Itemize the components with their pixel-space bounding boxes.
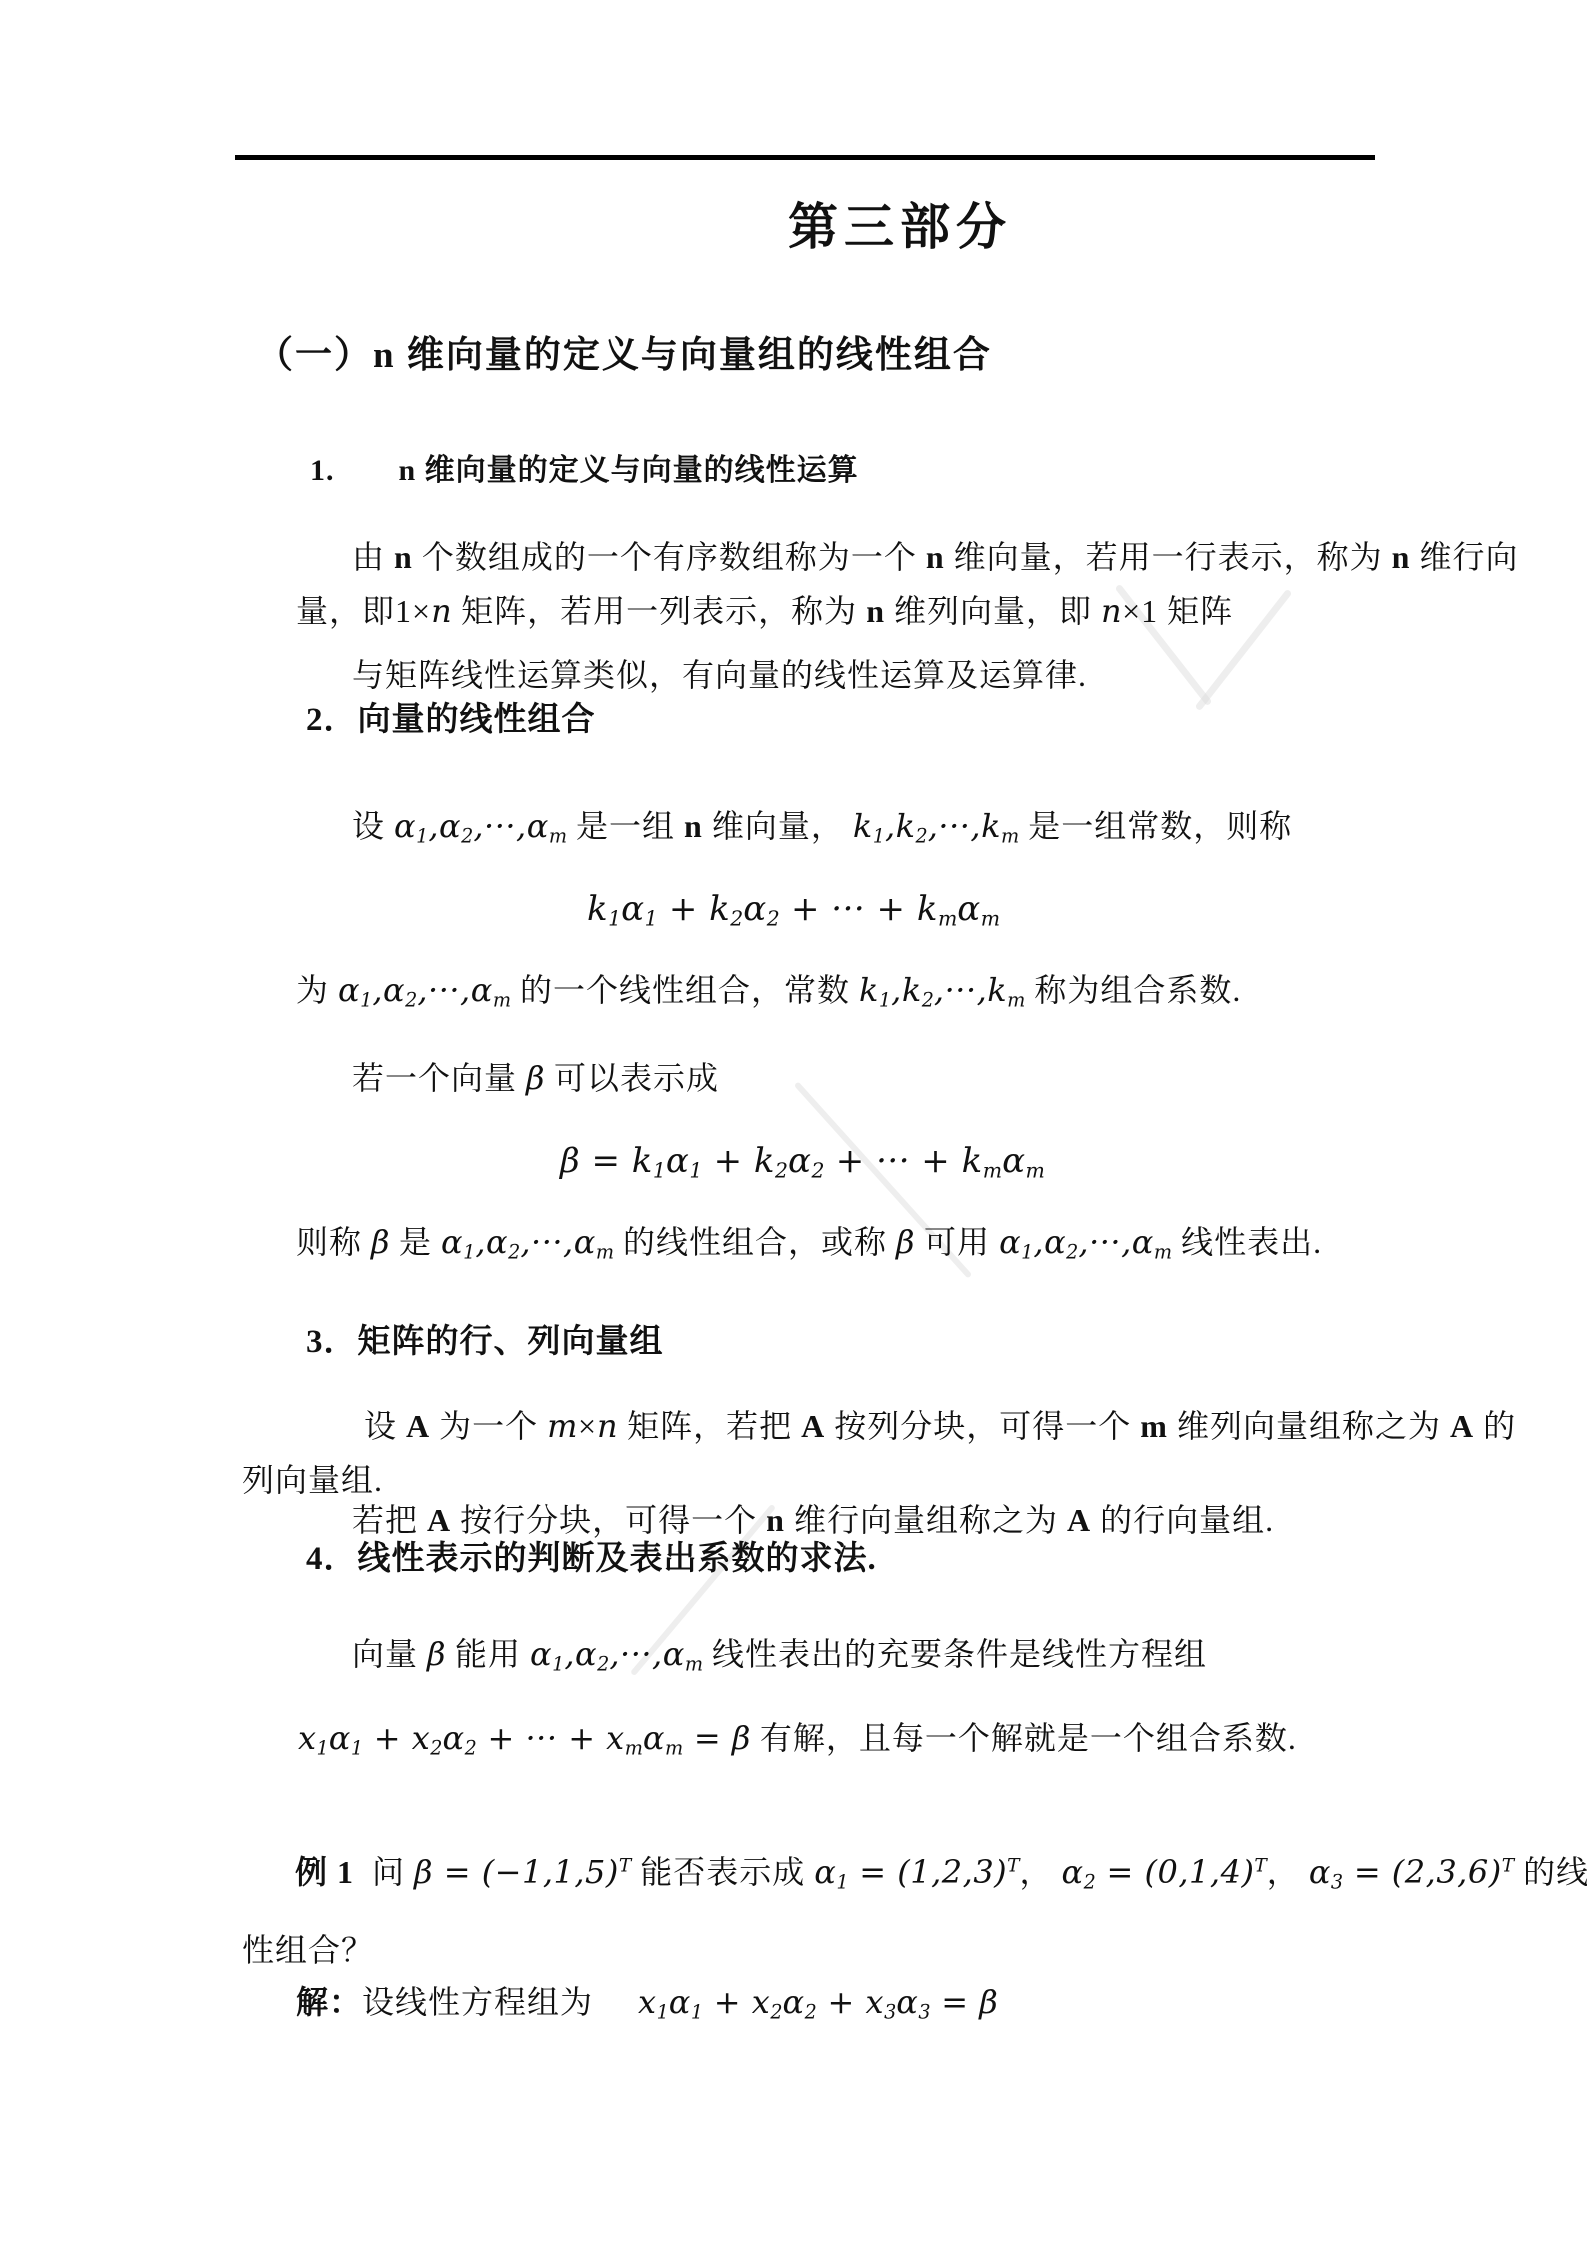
paragraph-if-vector-beta: 若一个向量 β 可以表示成 [352, 1058, 719, 1098]
heading-1-text: n 维向量的定义与向量的线性运算 [399, 454, 859, 487]
paragraph-necessary-condition: 向量 β 能用 α1,α2,···,αm 线性表出的充要条件是线性方程组 [352, 1634, 1207, 1676]
paragraph-definition-line-1: 由 n 个数组成的一个有序数组称为一个 n 维向量，若用一行表示，称为 n 维行… [352, 537, 1518, 577]
paragraph-linear-operations: 与矩阵线性运算类似，有向量的线性运算及运算律. [352, 655, 1087, 695]
formula-linear-combination: k1α1 + k2α2 + ··· + kmαm [587, 888, 1000, 932]
document-page: 第三部分 （一）n 维向量的定义与向量组的线性组合 1.n 维向量的定义与向量的… [0, 0, 1587, 2245]
top-horizontal-rule [235, 155, 1375, 160]
example-1-line-2: 性组合？ [242, 1930, 374, 1970]
heading-1-number: 1. [310, 454, 335, 487]
heading-1: 1.n 维向量的定义与向量的线性运算 [310, 452, 859, 490]
heading-3: 3．矩阵的行、列向量组 [306, 1322, 664, 1363]
paragraph-matrix-column-vectors-line-2: 列向量组. [242, 1460, 383, 1500]
example-1-line-1: 例 1 问 β = (−1,1,5)T 能否表示成 α1 = (1,2,3)T，… [295, 1852, 1587, 1894]
paragraph-matrix-column-vectors-line-1: 设 A 为一个 m×n 矩阵，若把 A 按列分块，可得一个 m 维列向量组称之为… [364, 1406, 1516, 1446]
paragraph-definition-line-2: 量，即1×n 矩阵，若用一列表示，称为 n 维列向量，即 n×1 矩阵 [296, 591, 1233, 631]
heading-4: 4．线性表示的判断及表出系数的求法. [306, 1539, 877, 1580]
paragraph-matrix-row-vectors: 若把 A 按行分块，可得一个 n 维行向量组称之为 A 的行向量组. [352, 1500, 1274, 1540]
solution-line: 解：设线性方程组为 x1α1 + x2α2 + x3α3 = β [296, 1982, 998, 2024]
paragraph-equation-has-solution: x1α1 + x2α2 + ··· + xmαm = β 有解，且每一个解就是一… [298, 1718, 1297, 1760]
heading-2: 2．向量的线性组合 [306, 700, 596, 741]
page-title: 第三部分 [788, 196, 1012, 259]
paragraph-combination-coefficients: 为 α1,α2,···,αm 的一个线性组合，常数 k1,k2,···,km 称… [296, 970, 1241, 1012]
formula-beta-expansion: β = k1α1 + k2α2 + ··· + kmαm [560, 1140, 1045, 1184]
paragraph-let-vectors: 设 α1,α2,···,αm 是一组 n 维向量， k1,k2,···,km 是… [352, 806, 1292, 848]
section-heading: （一）n 维向量的定义与向量组的线性组合 [256, 333, 992, 379]
paragraph-beta-linear-expression: 则称 β 是 α1,α2,···,αm 的线性组合，或称 β 可用 α1,α2,… [296, 1222, 1322, 1264]
